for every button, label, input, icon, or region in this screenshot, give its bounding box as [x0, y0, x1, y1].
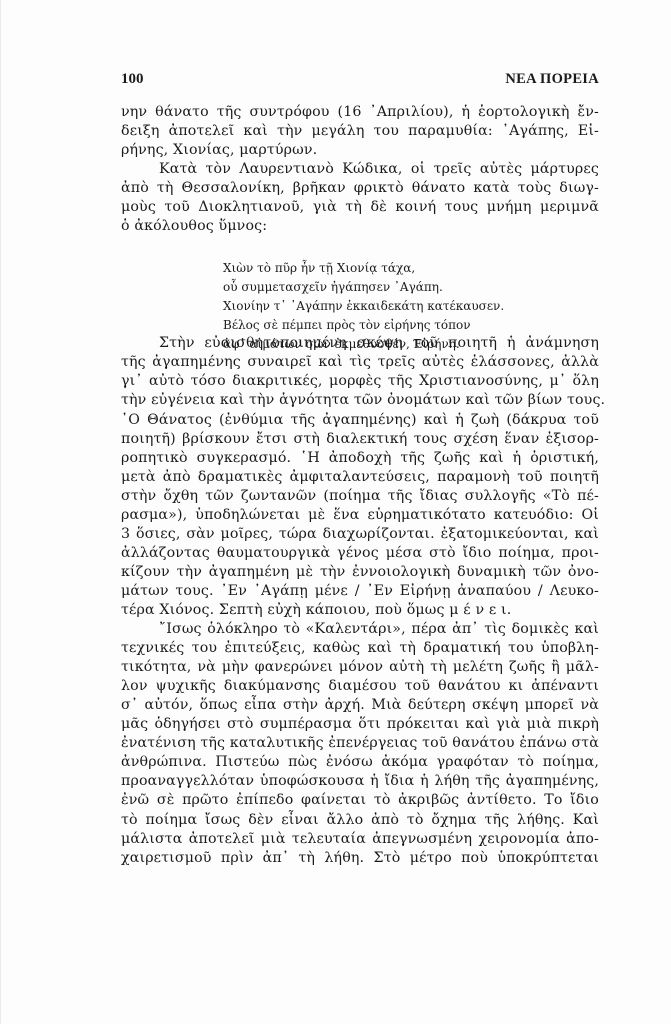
text-line: ἀνθρώπινα. Πιστεύω πὼς ἐνόσω ἀκόμα γραφό…	[121, 753, 599, 772]
text-line: ἐνατένιση τῆς καταλυτικῆς ἐπενέργειας το…	[121, 734, 599, 753]
book-page: 100 ΝΕΑ ΠΟΡΕΙΑ νην θάνατο τῆς συντρόφου …	[0, 0, 671, 1024]
verse-line: Χιονίην τ᾿ ᾿Αγάπην ἑκκαιδεκάτη κατέκαυσε…	[223, 297, 543, 316]
text-line: ὁ ἀκόλουθος ὕμνος:	[121, 217, 599, 236]
paragraph-2: Κατὰ τὸν Λαυρεντιανὸ Κώδικα, οἱ τρεῖς αὐ…	[121, 160, 599, 236]
text-line: Κατὰ τὸν Λαυρεντιανὸ Κώδικα, οἱ τρεῖς αὐ…	[121, 160, 599, 179]
text-line: ἐνῶ σὲ πρῶτο ἐπίπεδο φαίνεται τὸ ἀκριβῶς…	[121, 791, 599, 810]
verse-line: Χιὼν τὸ πῦρ ἦν τῇ Χιονίᾳ τάχα,	[223, 259, 543, 278]
text-line: τῆς ἀγαπημένης συναιρεῖ καὶ τὶς τρεῖς αὐ…	[121, 353, 599, 372]
page-header: 100 ΝΕΑ ΠΟΡΕΙΑ	[121, 71, 599, 89]
verse-line: οὗ συμμετασχεῖν ἠγάπησεν ᾿Αγάπη.	[223, 278, 543, 297]
text-line: ῾Ο Θάνατος (ἐνθύμια τῆς ἀγαπημένης) καὶ …	[121, 411, 599, 430]
hymn-quotation: Χιὼν τὸ πῦρ ἦν τῇ Χιονίᾳ τάχα, οὗ συμμετ…	[223, 259, 543, 354]
running-head: ΝΕΑ ΠΟΡΕΙΑ	[505, 71, 599, 88]
text-line: τέρα Χιόνος. Σεπτὴ εὐχὴ κάποιου, ποὺ ὅμω…	[121, 601, 599, 620]
paragraph-3: Στὴν εὐαισθητοποιημένη σκέψη τοῦ ποιητῆ …	[121, 334, 599, 620]
text-line: προαναγγελλόταν ὑποφώσκουσα ἡ ἴδια ἡ λήθ…	[121, 772, 599, 791]
verse-line: Βέλος σὲ πέμπει πρὸς τὸν εἰρήνης τόπον	[223, 316, 543, 335]
text-line: τεχνικές του ἐπιτεύξεις, καθὼς καὶ τὴ δρ…	[121, 639, 599, 658]
text-line: τικότητα, νὰ μὴν φανερώνει μόνον αὐτὴ τὴ…	[121, 658, 599, 677]
text-line: ποιητῆ) βρίσκουν ἔτσι στὴ διαλεκτική του…	[121, 430, 599, 449]
page-number: 100	[121, 71, 144, 88]
text-line: γι᾿ αὐτὸ τόσο διακριτικές, μορφὲς τῆς Χρ…	[121, 372, 599, 391]
text-line: 3 ὅσιες, σὰν μοῖρες, τώρα διαχωρίζονται.…	[121, 525, 599, 544]
text-line: ἀλλάζοντας θαυματουργικὰ γένος μέσα στὸ …	[121, 544, 599, 563]
text-line: δειξη ἀποτελεῖ καὶ τὴν μεγάλη του παραμυ…	[121, 122, 599, 141]
text-line: τὸ ποίημα ἴσως δὲν εἶναι ἄλλο ἀπὸ τὸ ὄχη…	[121, 811, 599, 830]
text-line: νην θάνατο τῆς συντρόφου (16 ᾿Απριλίου),…	[121, 103, 599, 122]
paragraph-1: νην θάνατο τῆς συντρόφου (16 ᾿Απριλίου),…	[121, 103, 599, 160]
text-line: στὴν ὄχθη τῶν ζωντανῶν (ποίημα τῆς ἴδιας…	[121, 487, 599, 506]
text-line: μάλιστα ἀποτελεῖ μιὰ τελευταία ἀπεγνωσμέ…	[121, 830, 599, 849]
body-text: νην θάνατο τῆς συντρόφου (16 ᾿Απριλίου),…	[121, 103, 599, 868]
text-line: μοὺς τοῦ Διοκλητιανοῦ, γιὰ τὴ δὲ κοινή τ…	[121, 198, 599, 217]
text-line: τὴν εὐγένεια καὶ τὴν ἁγνότητα τῶν ὀνομάτ…	[121, 391, 599, 410]
text-line: μάτων τους. ᾿Εν ᾿Αγάπῃ μένε / ᾿Εν Εἰρήνῃ…	[121, 582, 599, 601]
text-line: ρήνης, Χιονίας, μαρτύρων.	[121, 141, 599, 160]
text-line: χαιρετισμοῦ πρὶν ἀπ᾿ τὴ λήθη. Στὸ μέτρο …	[121, 849, 599, 868]
text-line: λον ψυχικῆς διακύμανσης διαμέσου τοῦ θαν…	[121, 677, 599, 696]
text-line: ρασμα»), ὑποδηλώνεται μὲ ἕνα εὑρηματικότ…	[121, 506, 599, 525]
verse-line: ἀφ᾿ αἱμάτων σῶν ἐκμεθυσθέν, Εἰρήνη.	[223, 335, 543, 354]
text-line: ἀπὸ τὴ Θεσσαλονίκη, βρῆκαν φρικτὸ θάνατο…	[121, 179, 599, 198]
paragraph-4: ῎Ισως ὁλόκληρο τὸ «Καλεντάρι», πέρα ἀπ᾿ …	[121, 620, 599, 868]
text-line: μᾶς ὁδηγήσει στὸ συμπέρασμα ὅτι πρόκειτα…	[121, 715, 599, 734]
text-line: ῎Ισως ὁλόκληρο τὸ «Καλεντάρι», πέρα ἀπ᾿ …	[121, 620, 599, 639]
text-line: μετὰ ἀπὸ δραματικὲς ἀμφιταλαντεύσεις, πα…	[121, 468, 599, 487]
text-line: ροπητικὸ συγκερασμό. ῾Η ἀποδοχὴ τῆς ζωῆς…	[121, 449, 599, 468]
text-line: σ᾿ αὐτόν, ὅπως εἶπα στὴν ἀρχή. Μιὰ δεύτε…	[121, 696, 599, 715]
text-line: κίζουν τὴν ἀγαπημένη μὲ τὴν ἐννοιολογικὴ…	[121, 563, 599, 582]
